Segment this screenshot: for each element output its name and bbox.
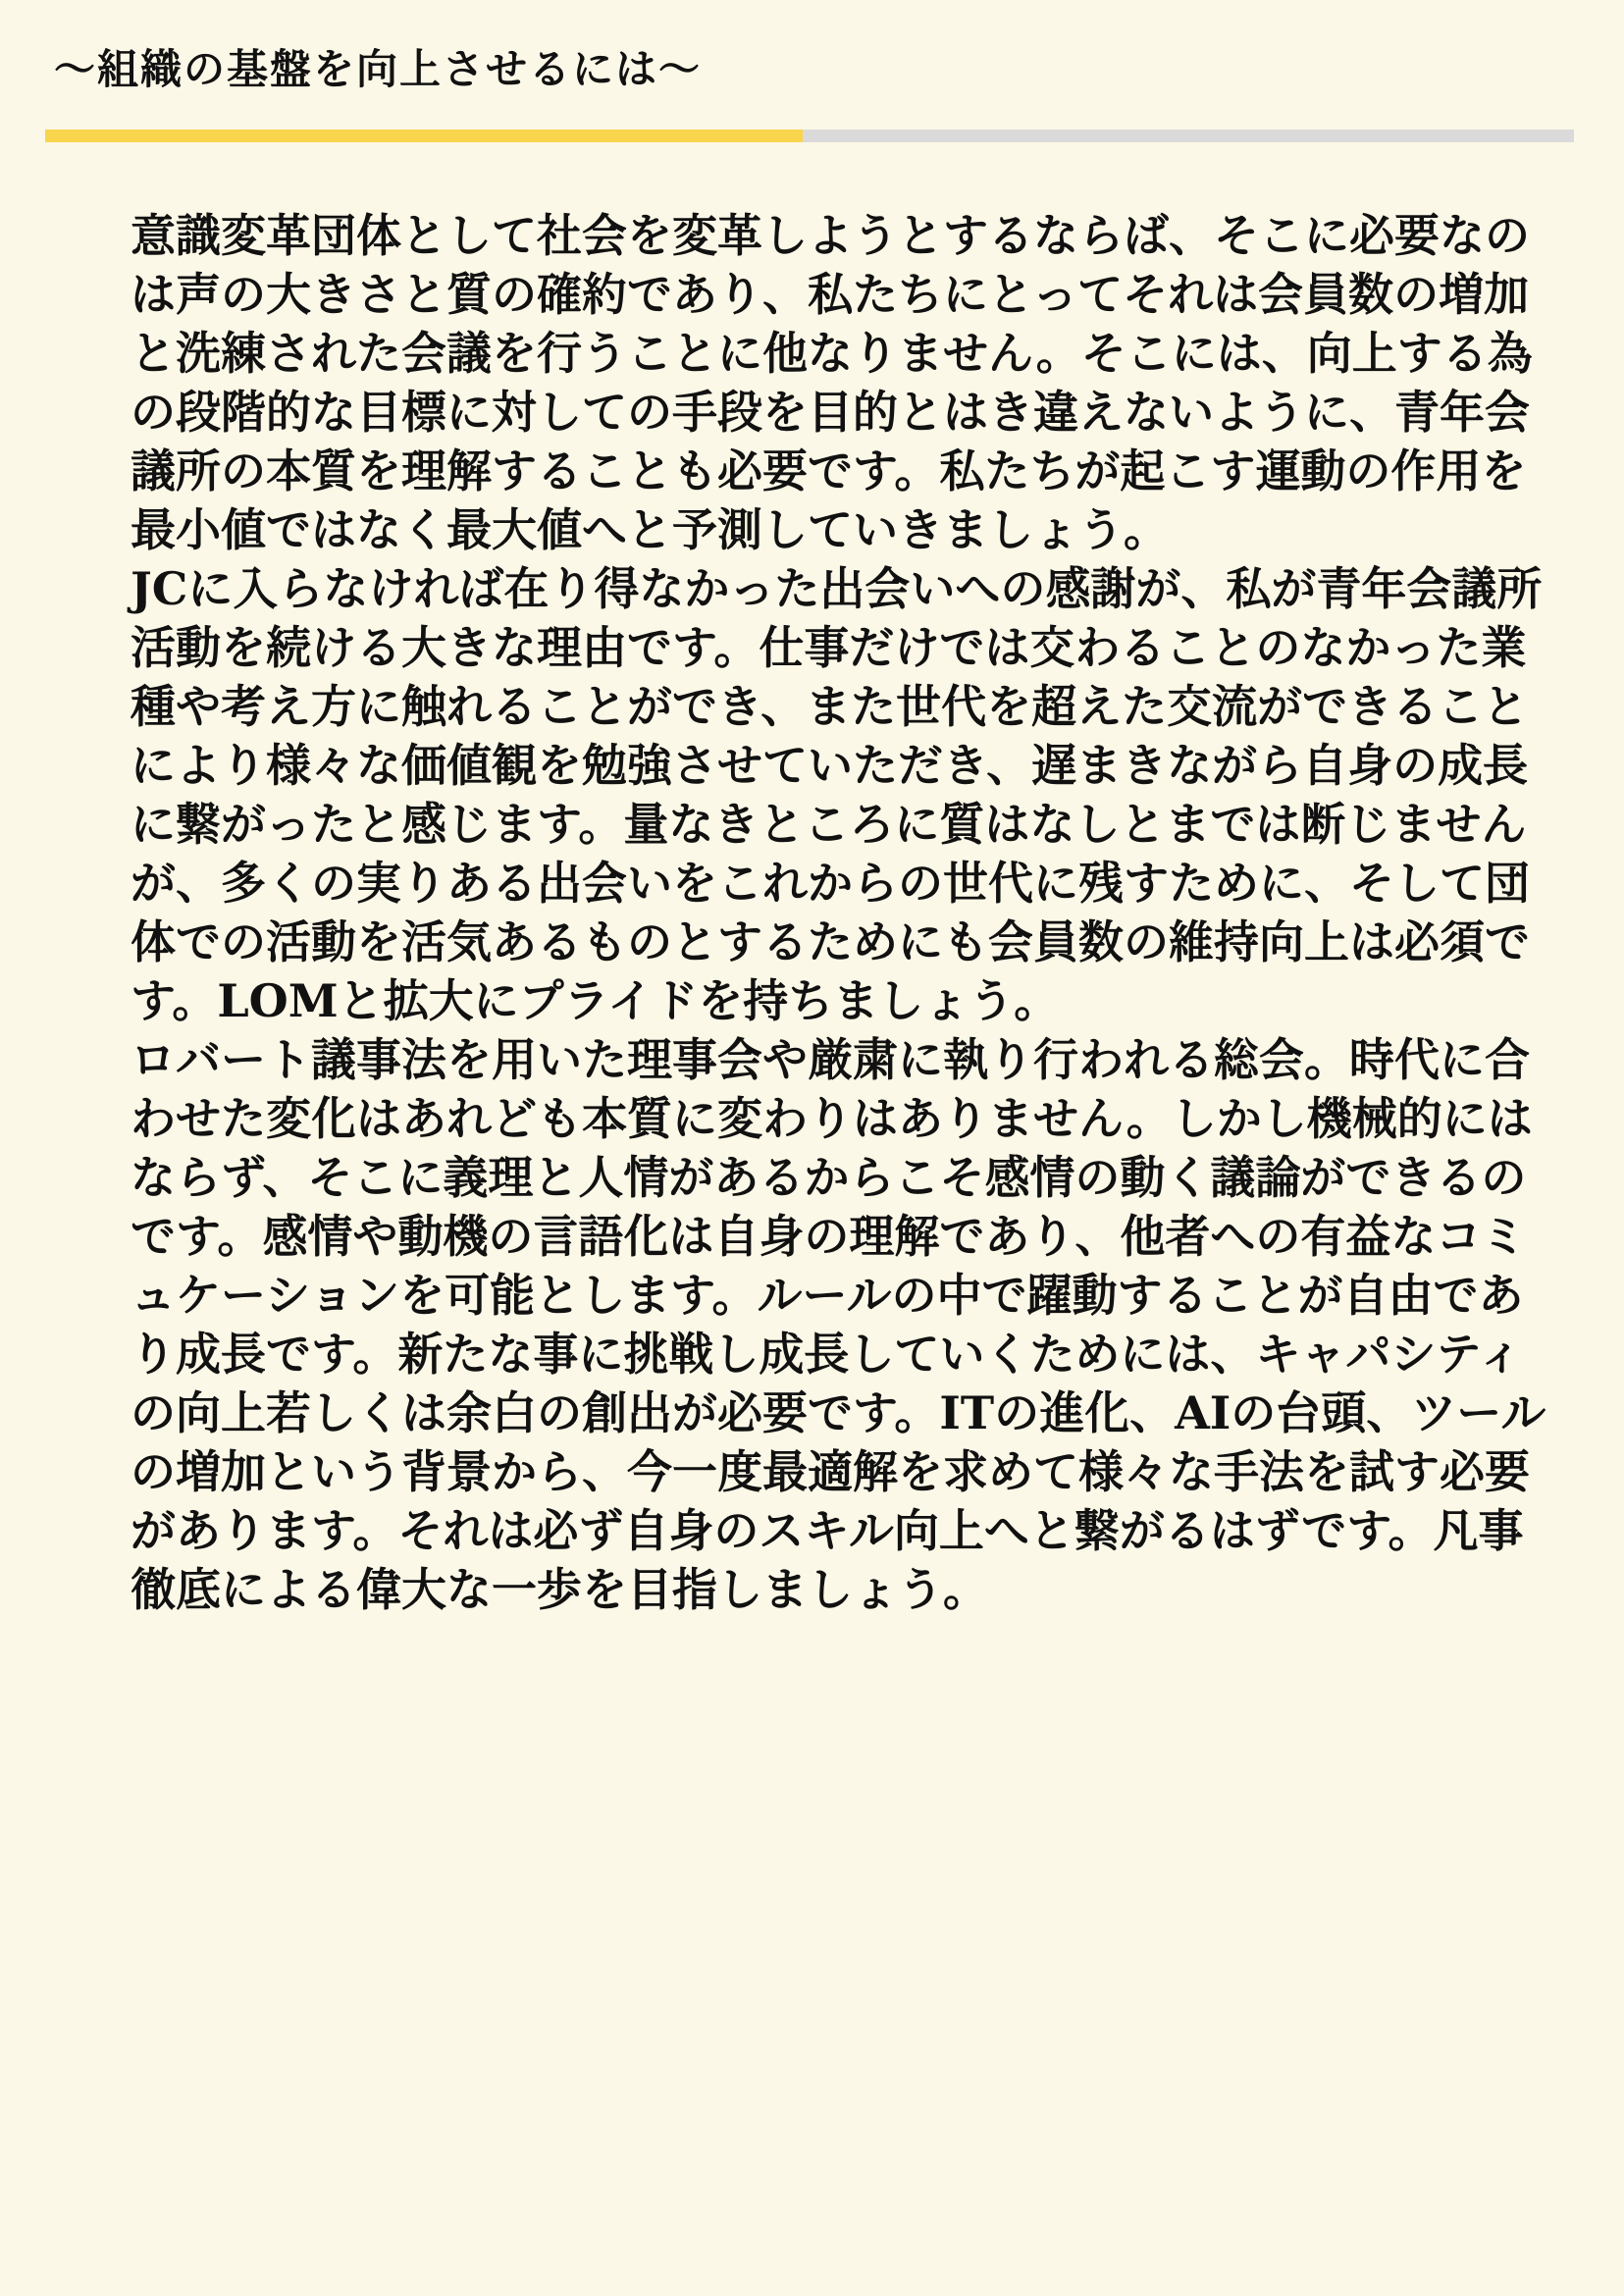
body-text-line: ロバート議事法を用いた理事会や厳粛に執り行われる総会。時代に合 [131, 1030, 1544, 1089]
body-text-line: 最小値ではなく最大値へと予測していきましょう。 [131, 500, 1544, 559]
body-text-line: わせた変化はあれども本質に変わりはありません。しかし機械的には [131, 1089, 1544, 1148]
body-text-line: が、多くの実りある出会いをこれからの世代に残すために、そして団 [131, 854, 1544, 913]
body-text-line: の向上若しくは余白の創出が必要です。ITの進化、AIの台頭、ツール [131, 1383, 1544, 1442]
body-text-line: す。LOMと拡大にプライドを持ちましょう。 [131, 971, 1544, 1030]
body-text-line: 議所の本質を理解することも必要です。私たちが起こす運動の作用を [131, 442, 1544, 500]
body-text-line: JCに入らなければ在り得なかった出会いへの感謝が、私が青年会議所 [131, 559, 1544, 618]
document-page: 〜組織の基盤を向上させるには〜 意識変革団体として社会を変革しようとするならば、… [0, 0, 1624, 2296]
body-text-line: 体での活動を活気あるものとするためにも会員数の維持向上は必須で [131, 913, 1544, 971]
body-text: 意識変革団体として社会を変革しようとするならば、そこに必要なの は声の大きさと質… [131, 206, 1544, 1619]
body-text-line: 徹底による偉大な一歩を目指しましょう。 [131, 1560, 1544, 1619]
body-text-line: と洗練された会議を行うことに他なりません。そこには、向上する為 [131, 324, 1544, 383]
section-divider [45, 130, 1574, 142]
body-text-line: ュケーションを可能とします。ルールの中で躍動することが自由であ [131, 1266, 1544, 1325]
body-text-line: の段階的な目標に対しての手段を目的とはき違えないように、青年会 [131, 383, 1544, 442]
body-text-line: により様々な価値観を勉強させていただき、遅まきながら自身の成長 [131, 736, 1544, 795]
paragraph-membership: JCに入らなければ在り得なかった出会いへの感謝が、私が青年会議所 活動を続ける大… [131, 559, 1544, 1030]
body-text-line: があります。それは必ず自身のスキル向上へと繋がるはずです。凡事 [131, 1501, 1544, 1560]
page-title: 〜組織の基盤を向上させるには〜 [54, 45, 702, 94]
paragraph-vision: 意識変革団体として社会を変革しようとするならば、そこに必要なの は声の大きさと質… [131, 206, 1544, 559]
body-text-line: 活動を続ける大きな理由です。仕事だけでは交わることのなかった業 [131, 618, 1544, 677]
body-text-line: 意識変革団体として社会を変革しようとするならば、そこに必要なの [131, 206, 1544, 265]
body-text-line: ならず、そこに義理と人情があるからこそ感情の動く議論ができるの [131, 1148, 1544, 1207]
body-text-line: の増加という背景から、今一度最適解を求めて様々な手法を試す必要 [131, 1442, 1544, 1501]
body-text-line: 種や考え方に触れることができ、また世代を超えた交流ができること [131, 677, 1544, 736]
body-text-line: です。感情や動機の言語化は自身の理解であり、他者への有益なコミ [131, 1207, 1544, 1266]
divider-gray-segment [803, 130, 1574, 142]
paragraph-meetings: ロバート議事法を用いた理事会や厳粛に執り行われる総会。時代に合 わせた変化はあれ… [131, 1030, 1544, 1619]
divider-yellow-segment [45, 130, 803, 142]
body-text-line: は声の大きさと質の確約であり、私たちにとってそれは会員数の増加 [131, 265, 1544, 324]
body-text-line: り成長です。新たな事に挑戦し成長していくためには、キャパシティ [131, 1325, 1544, 1383]
body-text-line: に繋がったと感じます。量なきところに質はなしとまでは断じません [131, 795, 1544, 854]
